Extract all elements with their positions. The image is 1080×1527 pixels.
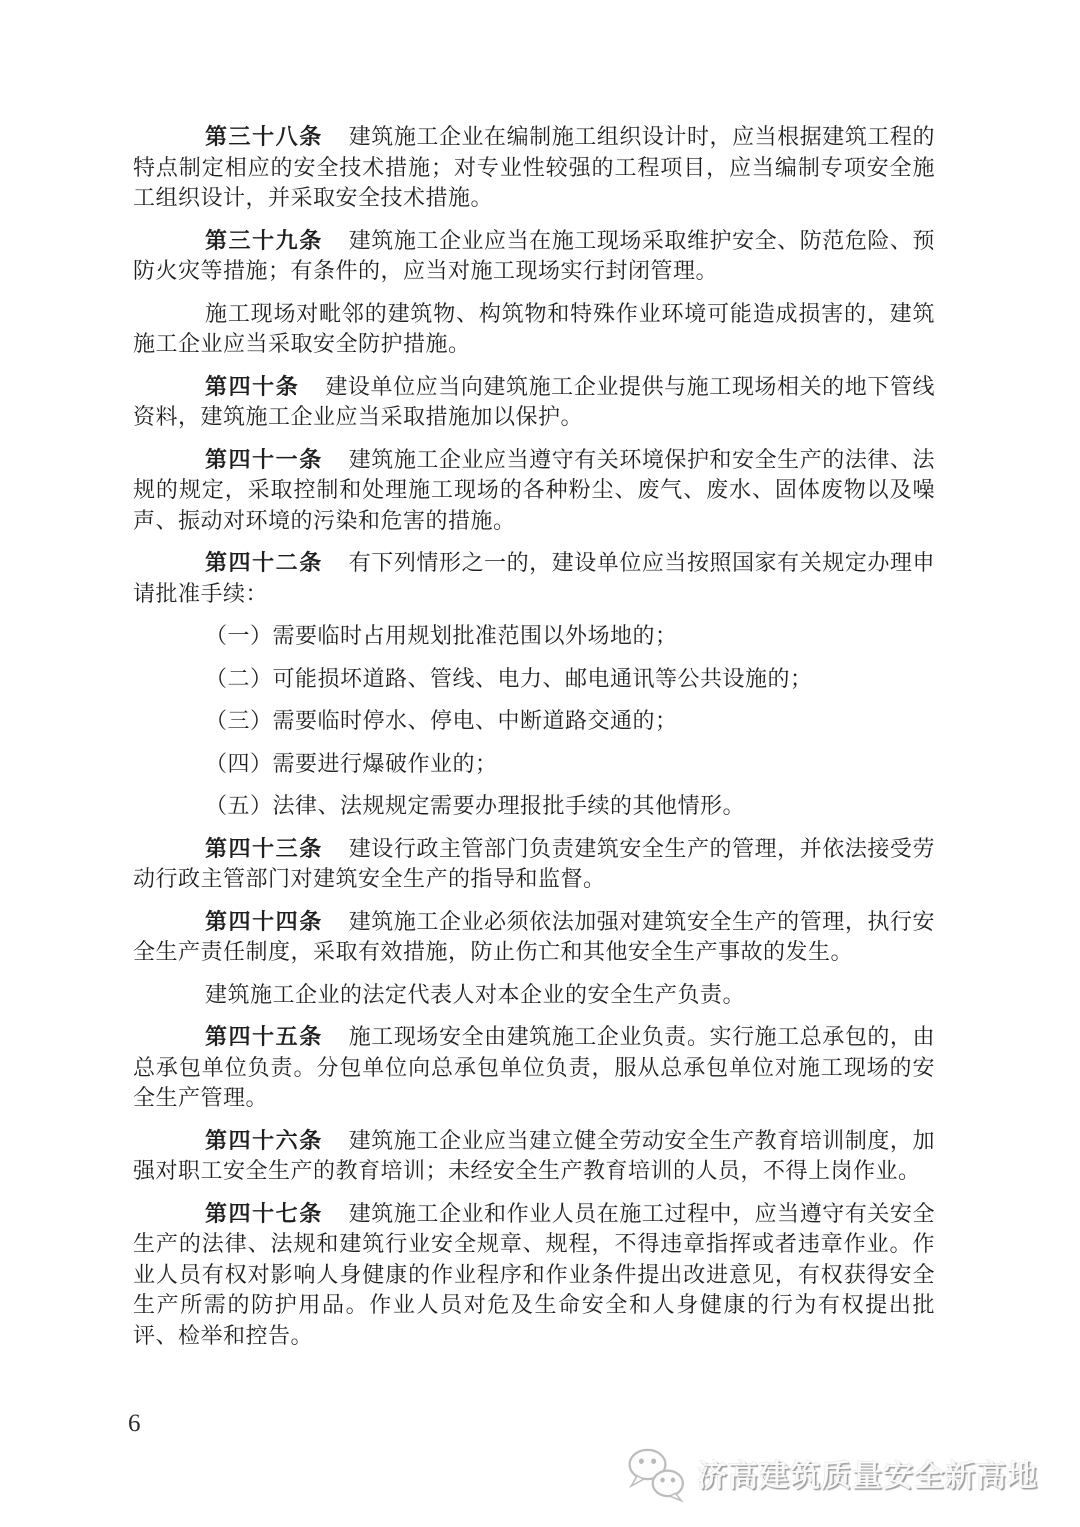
article-number: 第三十九条	[205, 228, 323, 253]
article-text: （四）需要进行爆破作业的；	[205, 751, 498, 776]
article-paragraph: 第四十一条建筑施工企业应当遵守有关环境保护和安全生产的法律、法规的规定，采取控制…	[133, 445, 935, 537]
article-paragraph: （二）可能损坏道路、管线、电力、邮电通讯等公共设施的；	[133, 664, 935, 695]
article-paragraph: （三）需要临时停水、停电、中断道路交通的；	[133, 706, 935, 737]
article-paragraph: 第四十七条建筑施工企业和作业人员在施工过程中，应当遵守有关安全生产的法律、法规和…	[133, 1199, 935, 1352]
article-paragraph: 施工现场对毗邻的建筑物、构筑物和特殊作业环境可能造成损害的，建筑施工企业应当采取…	[133, 299, 935, 360]
article-text: （二）可能损坏道路、管线、电力、邮电通讯等公共设施的；	[205, 666, 813, 691]
article-paragraph: 第三十九条建筑施工企业应当在施工现场采取维护安全、防范危险、预防火灾等措施；有条…	[133, 226, 935, 287]
article-paragraph: 第四十五条施工现场安全由建筑施工企业负责。实行施工总承包的，由总承包单位负责。分…	[133, 1022, 935, 1114]
page-number: 6	[128, 1410, 141, 1438]
article-paragraph: 第三十八条建筑施工企业在编制施工组织设计时，应当根据建筑工程的特点制定相应的安全…	[133, 122, 935, 214]
document-body: 第三十八条建筑施工企业在编制施工组织设计时，应当根据建筑工程的特点制定相应的安全…	[133, 122, 935, 1363]
watermark-text: 济高建筑质量安全新高地	[697, 1451, 1038, 1495]
article-paragraph: （五）法律、法规规定需要办理报批手续的其他情形。	[133, 791, 935, 822]
article-number: 第四十六条	[205, 1128, 323, 1153]
article-text: 建筑施工企业的法定代表人对本企业的安全生产负责。	[205, 982, 745, 1007]
article-paragraph: 建筑施工企业的法定代表人对本企业的安全生产负责。	[133, 980, 935, 1011]
article-paragraph: 第四十二条有下列情形之一的，建设单位应当按照国家有关规定办理申请批准手续：	[133, 548, 935, 609]
article-text: （五）法律、法规规定需要办理报批手续的其他情形。	[205, 793, 745, 818]
wechat-icon	[623, 1443, 689, 1503]
article-number: 第四十三条	[205, 836, 323, 861]
article-paragraph: 第四十三条建设行政主管部门负责建筑安全生产的管理，并依法接受劳动行政主管部门对建…	[133, 834, 935, 895]
article-number: 第四十二条	[205, 550, 323, 575]
article-number: 第四十一条	[205, 447, 323, 472]
article-paragraph: （一）需要临时占用规划批准范围以外场地的；	[133, 621, 935, 652]
watermark: 济高建筑质量安全新高地	[623, 1443, 1038, 1503]
article-number: 第三十八条	[205, 124, 323, 149]
article-number: 第四十七条	[205, 1201, 323, 1226]
article-number: 第四十四条	[205, 909, 323, 934]
document-page: 第三十八条建筑施工企业在编制施工组织设计时，应当根据建筑工程的特点制定相应的安全…	[0, 0, 1080, 1527]
article-text: （一）需要临时占用规划批准范围以外场地的；	[205, 623, 678, 648]
article-paragraph: 第四十六条建筑施工企业应当建立健全劳动安全生产教育培训制度，加强对职工安全生产的…	[133, 1126, 935, 1187]
article-text: 施工现场对毗邻的建筑物、构筑物和特殊作业环境可能造成损害的，建筑施工企业应当采取…	[133, 301, 935, 357]
article-number: 第四十条	[205, 374, 299, 399]
article-paragraph: 第四十四条建筑施工企业必须依法加强对建筑安全生产的管理，执行安全生产责任制度，采…	[133, 907, 935, 968]
article-paragraph: 第四十条建设单位应当向建筑施工企业提供与施工现场相关的地下管线资料，建筑施工企业…	[133, 372, 935, 433]
article-text: （三）需要临时停水、停电、中断道路交通的；	[205, 708, 678, 733]
article-paragraph: （四）需要进行爆破作业的；	[133, 749, 935, 780]
article-number: 第四十五条	[205, 1024, 323, 1049]
